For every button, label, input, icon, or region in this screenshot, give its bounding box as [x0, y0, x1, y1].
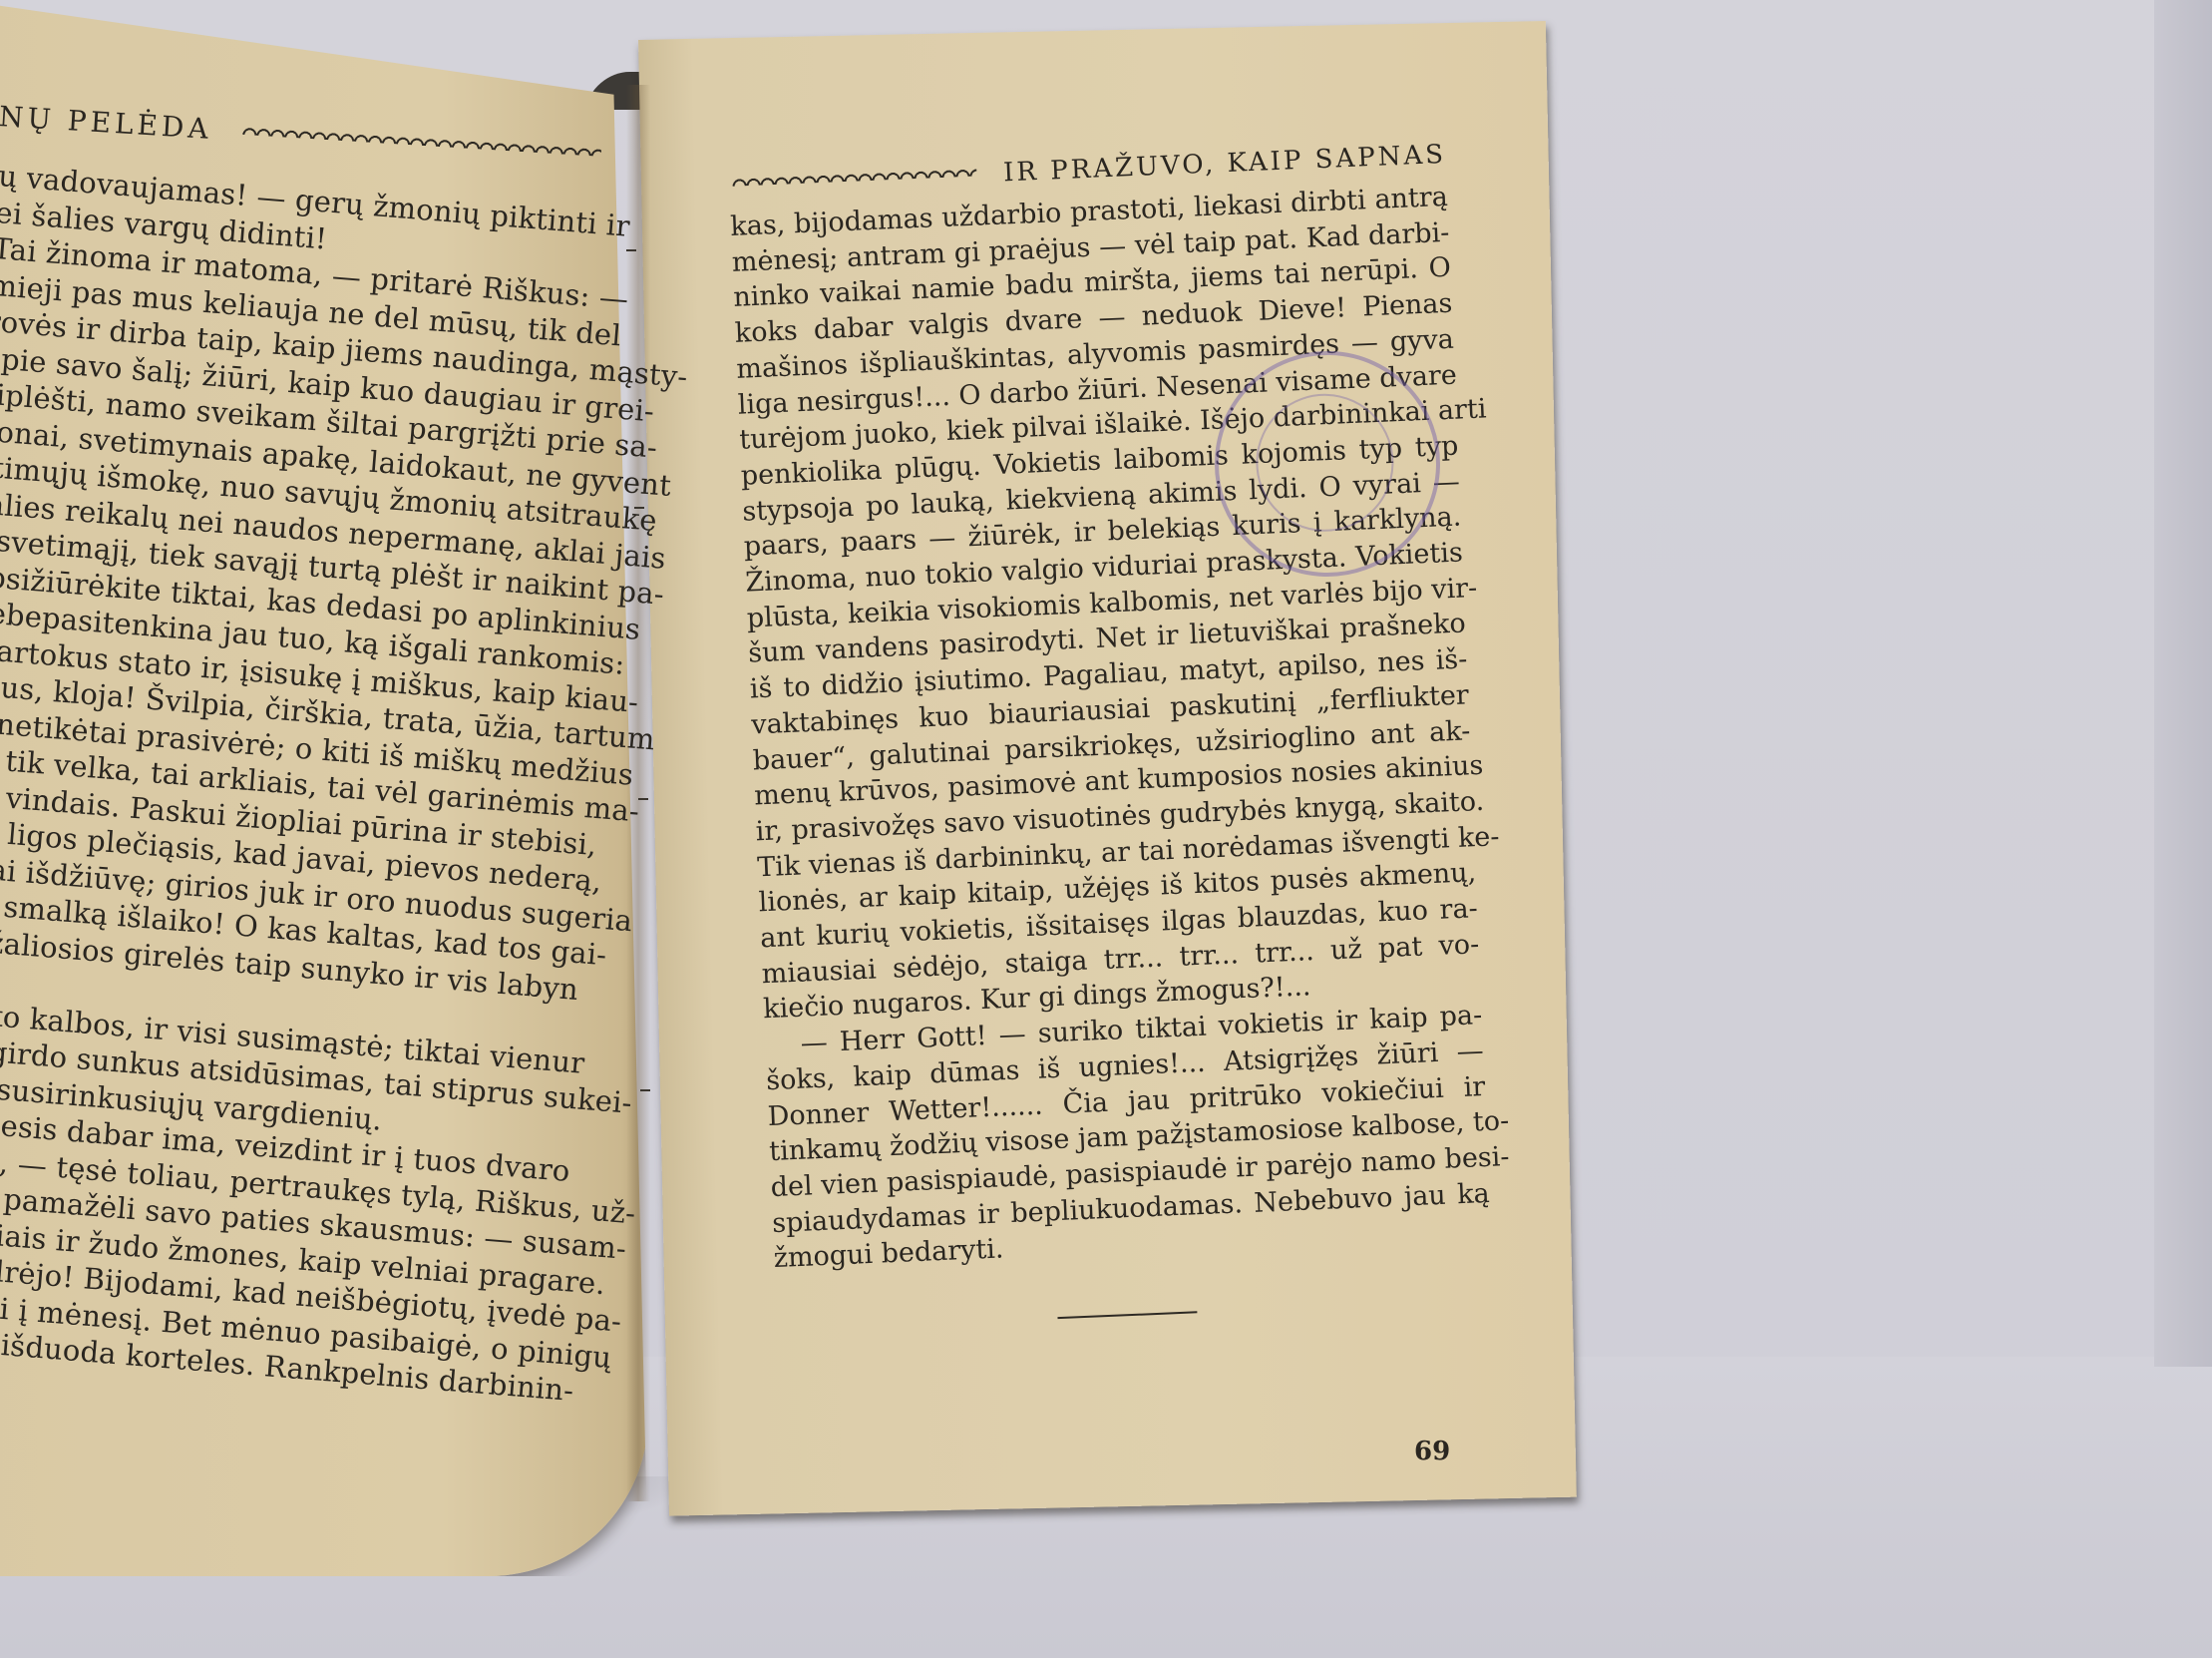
page-number: 69 — [1414, 1437, 1450, 1466]
wavy-ornament-icon — [732, 169, 976, 193]
gutter-tick — [640, 1089, 650, 1091]
right-page-text: kas, bijodamas uždarbio prastoti, liekas… — [730, 180, 1492, 1277]
left-page-body: ų vadovaujamas! — gerų žmonių piktinti i… — [0, 158, 636, 1407]
right-page-body: IR PRAŽUVO, KAIP SAPNAS kas, bijodamas u… — [728, 140, 1494, 1331]
gutter-tick — [634, 507, 644, 509]
gutter-tick — [638, 798, 648, 800]
gutter-tick — [626, 249, 636, 251]
wall-corner — [2154, 0, 2212, 1367]
